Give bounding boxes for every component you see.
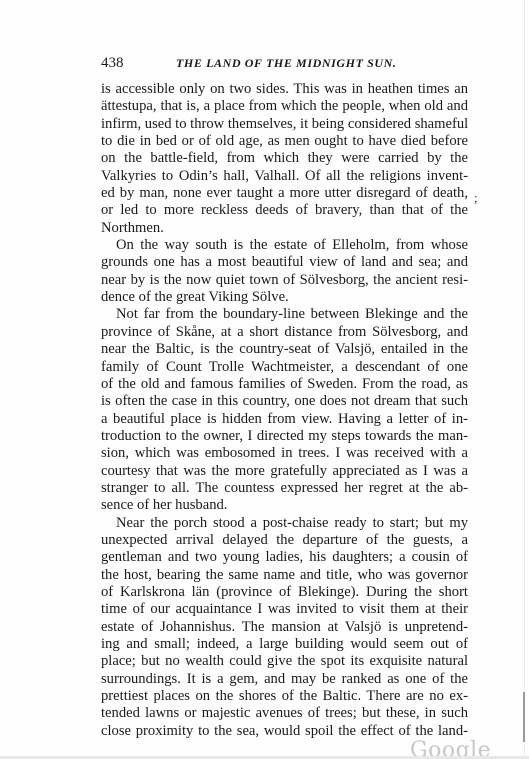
text-line: Not far from the boundary-line between B… <box>101 306 468 323</box>
text-line: ättestupa, that is, a place from which t… <box>101 98 468 115</box>
text-line: grounds one has a most beautiful view of… <box>101 254 468 271</box>
book-page: 438 THE LAND OF THE MIDNIGHT SUN. is acc… <box>0 0 529 759</box>
text-line: or led to more reckless deeds of bravery… <box>101 202 468 219</box>
text-line: place; but no wealth could give the spot… <box>101 653 468 670</box>
text-line: On the way south is the estate of Elleho… <box>101 237 468 254</box>
text-line: near by is the now quiet town of Sölvesb… <box>101 272 468 289</box>
margin-mark: ; <box>474 190 478 206</box>
scrollbar-thumb[interactable] <box>523 692 525 742</box>
text-line: is accessible only on two sides. This wa… <box>101 81 468 98</box>
running-head: 438 THE LAND OF THE MIDNIGHT SUN. <box>101 54 468 72</box>
text-line: Near the porch stood a post-chaise ready… <box>101 515 468 532</box>
page-number: 438 <box>101 54 124 72</box>
text-line: Northmen. <box>101 220 468 237</box>
text-line: prettiest places on the shores of the Ba… <box>101 688 468 705</box>
text-line: province of Skåne, at a short distance f… <box>101 324 468 341</box>
text-line: stranger to all. The countess expressed … <box>101 480 468 497</box>
running-head-title: THE LAND OF THE MIDNIGHT SUN. <box>176 54 397 72</box>
text-line: courtesy that was the more gratefully ap… <box>101 463 468 480</box>
text-line: a beautiful place is hidden from view. H… <box>101 411 468 428</box>
text-line: troduction to the owner, I directed my s… <box>101 428 468 445</box>
text-line: tended lawns or majestic avenues of tree… <box>101 705 468 722</box>
text-line: the host, bearing the same name and titl… <box>101 567 468 584</box>
text-line: family of Count Trolle Wachtmeister, a d… <box>101 359 468 376</box>
text-line: is often the case in this country, one d… <box>101 393 468 410</box>
text-line: near the Baltic, is the country-seat of … <box>101 341 468 358</box>
text-line: infirm, used to throw themselves, it bei… <box>101 116 468 133</box>
text-line: of Karlskrona län (province of Blekinge)… <box>101 584 468 601</box>
text-line: ing and small; indeed, a large building … <box>101 636 468 653</box>
text-line: dence of the great Viking Sölve. <box>101 289 468 306</box>
body-text: is accessible only on two sides. This wa… <box>101 81 468 740</box>
text-line: on the battle-field, from which they wer… <box>101 150 468 167</box>
text-line: Valkyries to Odin’s hall, Valhall. Of al… <box>101 168 468 185</box>
text-line: of the old and famous families of Sweden… <box>101 376 468 393</box>
text-line: ed by man, none ever taught a more utter… <box>101 185 468 202</box>
scrollbar-track[interactable] <box>524 0 525 759</box>
text-line: to die in bed or of old age, as men ough… <box>101 133 468 150</box>
text-line: gentleman and two young ladies, his daug… <box>101 549 468 566</box>
text-line: sion, which was embosomed in trees. I wa… <box>101 445 468 462</box>
text-line: unexpected arrival delayed the departure… <box>101 532 468 549</box>
text-line: time of our acquaintance I was invited t… <box>101 601 468 618</box>
text-line: estate of Johannishus. The mansion at Va… <box>101 619 468 636</box>
text-line: surroundings. It is a gem, and may be ra… <box>101 671 468 688</box>
text-line: sence of her husband. <box>101 497 468 514</box>
